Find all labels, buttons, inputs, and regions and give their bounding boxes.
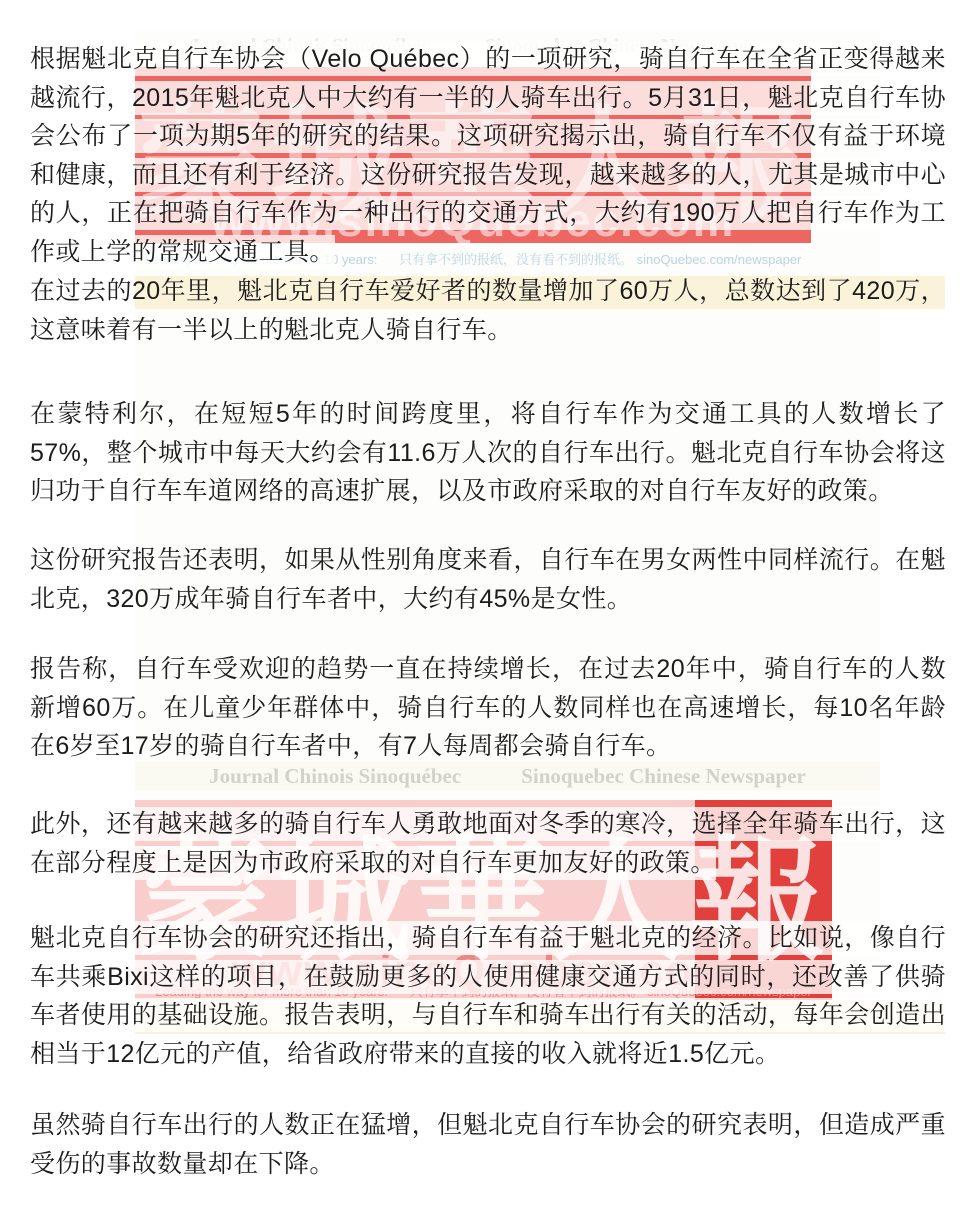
paragraph-3: 在蒙特利尔，在短短5年的时间跨度里，将自行车作为交通工具的人数增长了57%，整个…: [30, 395, 946, 511]
paragraph-1: 根据魁北克自行车协会（Velo Québec）的一项研究，骑自行车在全省正变得越…: [30, 40, 946, 271]
journal-watermark-bar: Journal Chinois Sinoquébec Sinoquebec Ch…: [135, 762, 880, 790]
paragraph-4-text: 这份研究报告还表明，如果从性别角度来看，自行车在男女两性中同样流行。在魁北克，3…: [30, 546, 946, 613]
paragraph-8-text: 虽然骑自行车出行的人数正在猛增，但魁北克自行车协会的研究表明，但造成严重受伤的事…: [30, 1111, 946, 1178]
article-page: Journal Chinois Sinoquébec Sinoquebec Ch…: [0, 0, 960, 1212]
paragraph-3-text: 在蒙特利尔，在短短5年的时间跨度里，将自行车作为交通工具的人数增长了57%，整个…: [30, 400, 946, 505]
chinese-newspaper-text: Sinoquebec Chinese Newspaper: [521, 764, 806, 789]
paragraph-4: 这份研究报告还表明，如果从性别角度来看，自行车在男女两性中同样流行。在魁北克，3…: [30, 541, 946, 618]
paragraph-8: 虽然骑自行车出行的人数正在猛增，但魁北克自行车协会的研究表明，但造成严重受伤的事…: [30, 1106, 946, 1183]
journal-chinois-text: Journal Chinois Sinoquébec: [209, 764, 461, 789]
paragraph-6: 此外，还有越来越多的骑自行车人勇敢地面对冬季的寒冷，选择全年骑车出行，这在部分程…: [30, 805, 946, 882]
paragraph-5: 报告称，自行车受欢迎的趋势一直在持续增长，在过去20年中，骑自行车的人数新增60…: [30, 650, 946, 766]
paragraph-7: 魁北克自行车协会的研究还指出，骑自行车有益于魁北克的经济。比如说，像自行车共乘B…: [30, 919, 946, 1073]
paragraph-1-text: 根据魁北克自行车协会（Velo Québec）的一项研究，骑自行车在全省正变得越…: [30, 42, 946, 269]
paragraph-7-text: 魁北克自行车协会的研究还指出，骑自行车有益于魁北克的经济。比如说，像自行车共乘B…: [30, 921, 946, 1071]
paragraph-6-text: 此外，还有越来越多的骑自行车人勇敢地面对冬季的寒冷，选择全年骑车出行，这在部分程…: [30, 807, 946, 880]
paragraph-5-text: 报告称，自行车受欢迎的趋势一直在持续增长，在过去20年中，骑自行车的人数新增60…: [30, 655, 946, 760]
paragraph-2: 在过去的20年里，魁北克自行车爱好者的数量增加了60万人，总数达到了420万，这…: [30, 272, 946, 349]
paragraph-2-text: 在过去的20年里，魁北克自行车爱好者的数量增加了60万人，总数达到了420万，这…: [30, 277, 946, 344]
